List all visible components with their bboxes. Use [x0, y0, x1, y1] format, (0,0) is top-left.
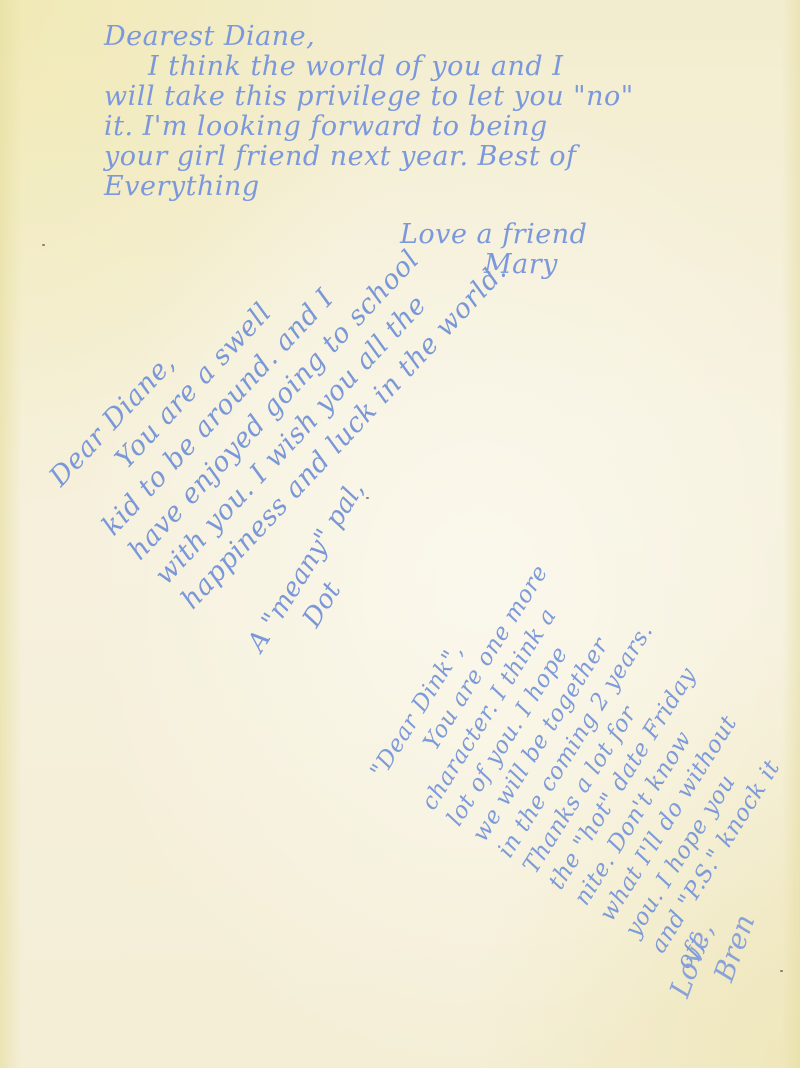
note-bren: "Dear Dink", You are one more character.…: [364, 539, 800, 975]
note-dot: Dear Diane, You are a swell kid to be ar…: [42, 132, 515, 617]
paper-speck: [780, 970, 783, 972]
yearbook-page: Dearest Diane, I think the world of you …: [0, 0, 800, 1068]
note-line: I think the world of you and I: [104, 52, 634, 82]
note-line: it. I'm looking forward to being: [104, 112, 634, 142]
paper-speck: [42, 244, 45, 246]
note-line: will take this privilege to let you "no": [104, 82, 634, 112]
paper-speck: [366, 497, 369, 499]
note-greeting: Dearest Diane,: [104, 22, 634, 52]
